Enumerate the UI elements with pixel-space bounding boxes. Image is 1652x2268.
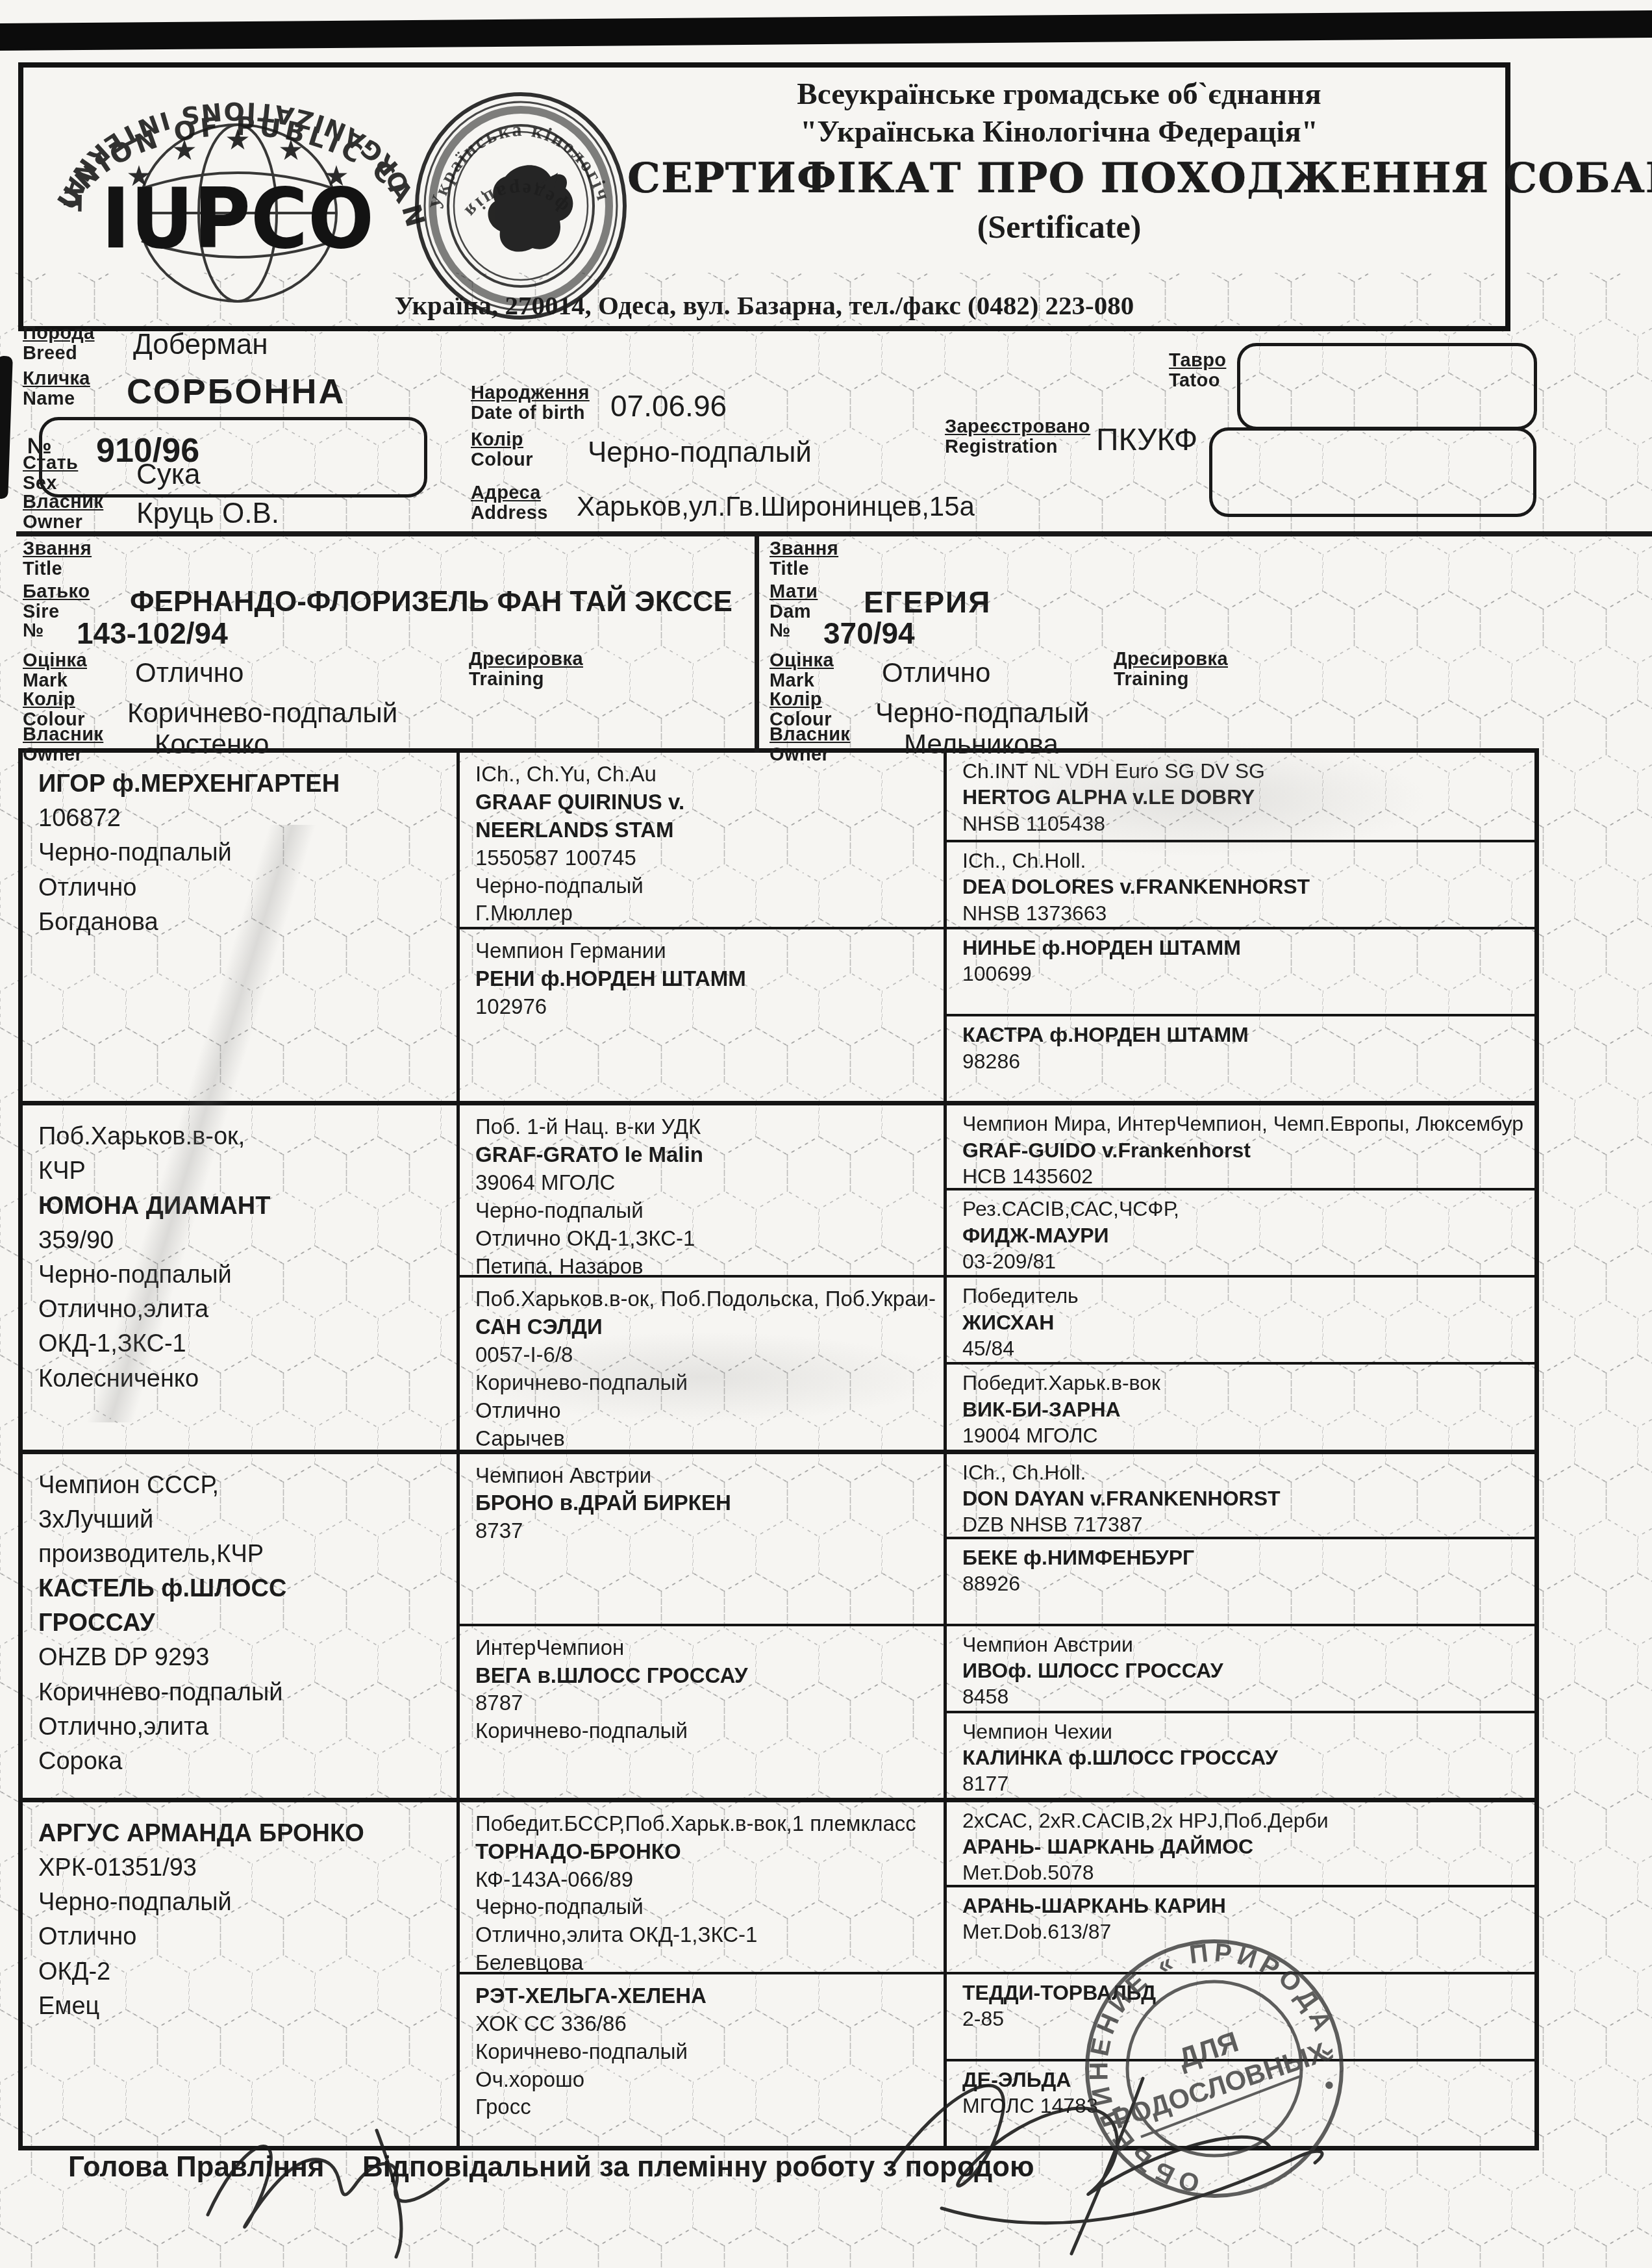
pedigree-certificate-scan: UNION OF PUBLIC CANINA ORGANIZATIONS INT…	[0, 0, 1652, 2268]
pedigree-text-line: 39064 МГОЛС	[475, 1169, 932, 1197]
pedigree-text-line: Поб.Харьков.в-ок, Поб.Подольска, Поб.Укр…	[475, 1285, 932, 1313]
org-name-line2: "Українська Кінологічна Федерація"	[627, 113, 1491, 151]
pedigree-text-line: 100699	[962, 961, 1523, 987]
pedigree-dog-name: ГРОССАУ	[38, 1606, 445, 1641]
pedigree-text-line: ОКД-2	[38, 1955, 445, 1989]
pedigree-dog-name: АРАНЬ-ШАРКАНЬ КАРИН	[962, 1893, 1523, 1919]
pedigree-text-line: Победит.Харьк.в-вок	[962, 1370, 1523, 1396]
dam-name-value: ЕГЕРИЯ	[864, 585, 991, 620]
pedigree-dog-name: NEERLANDS STAM	[475, 816, 932, 844]
sex-label: Стать Sex	[23, 453, 78, 494]
sire-title-label: Звання Title	[23, 539, 92, 579]
pedigree-text-line: Черно-подпалый	[475, 872, 932, 900]
pedigree-dog-name: БЕКЕ ф.НИМФЕНБУРГ	[962, 1544, 1523, 1570]
pedigree-text-line: 102976	[475, 993, 932, 1021]
pedigree-dog-name: ФИДЖ-МАУРИ	[962, 1222, 1523, 1248]
pedigree-text-line: ICh., Ch.Holl.	[962, 1459, 1523, 1485]
pedigree-text-line: 0057-I-6/8	[475, 1341, 932, 1369]
pedigree-text-line: ICh., Ch.Yu, Ch.Au	[475, 761, 932, 788]
pedigree-dog-name: АРАНЬ- ШАРКАНЬ ДАЙМОС	[962, 1833, 1523, 1859]
pedigree-dog-name: САН СЭЛДИ	[475, 1313, 932, 1341]
pedigree-text-line: ХОК СС 336/86	[475, 2010, 932, 2038]
svg-text:★: ★	[225, 123, 250, 157]
svg-text:IUPCO: IUPCO	[101, 171, 374, 268]
pedigree-cell: АРГУС АРМАНДА БРОНКОХРК-01351/93Черно-по…	[23, 1798, 457, 2146]
header-box: UNION OF PUBLIC CANINA ORGANIZATIONS INT…	[18, 62, 1510, 331]
name-label: Кличка Name	[23, 369, 90, 409]
pedigree-cell: ICh., Ch.Holl.DON DAYAN v.FRANKENHORSTDZ…	[944, 1450, 1534, 1537]
breed-label: Порода Breed	[23, 323, 95, 364]
pedigree-dog-name: КАСТРА ф.НОРДЕН ШТАММ	[962, 1022, 1523, 1048]
pedigree-text-line: 1550587 100745	[475, 844, 932, 872]
pedigree-text-line: 8458	[962, 1683, 1523, 1709]
birth-value: 07.06.96	[610, 388, 727, 423]
tatoo-label: Тавро Tatoo	[1169, 351, 1226, 391]
pedigree-text-line: 3хЛучший	[38, 1503, 445, 1537]
pedigree-text-line: Черно-подпалый	[475, 1893, 932, 1921]
pedigree-cell: Чемпион ГерманииРЕНИ ф.НОРДЕН ШТАММ10297…	[457, 927, 944, 1101]
pedigree-text-line: Коричнево-подпалый	[38, 1676, 445, 1710]
owner-label: Власник Owner	[23, 492, 103, 533]
dam-mark-value: Отлично	[882, 657, 990, 688]
pedigree-cell: Победит.БССР,Поб.Харьк.в-вок,1 племкласс…	[457, 1798, 944, 1972]
pedigree-text-line: Черно-подпалый	[38, 1885, 445, 1920]
pedigree-text-line: 88926	[962, 1570, 1523, 1596]
pedigree-dog-name: HERTOG ALPHA v.LE DOBRY	[962, 784, 1523, 810]
header-text-block: Всеукраїнське громадське об`єднання "Укр…	[627, 75, 1491, 247]
pedigree-text-line: Чемпион Мира, ИнтерЧемпион, Чемп.Европы,…	[962, 1111, 1523, 1137]
pedigree-text-line: ICh., Ch.Holl.	[962, 848, 1523, 874]
pedigree-dog-name: GRAF-GUIDO v.Frankenhorst	[962, 1137, 1523, 1163]
dam-mark-label: Оцінка Mark	[770, 651, 834, 691]
breed-value: Доберман	[133, 329, 268, 361]
pedigree-text-line: Коричнево-подпалый	[475, 1369, 932, 1397]
dam-number-value: 370/94	[823, 616, 915, 651]
pedigree-text-line: Отлично	[38, 1920, 445, 1954]
pedigree-text-line: Чемпион СССР,	[38, 1468, 445, 1503]
pedigree-text-line: DZB NHSB 717387	[962, 1511, 1523, 1536]
pedigree-cell: ICh., Ch.Yu, Ch.AuGRAAF QUIRINUS v.NEERL…	[457, 753, 944, 927]
pedigree-cell: БЕКЕ ф.НИМФЕНБУРГ88926	[944, 1537, 1534, 1624]
pedigree-text-line: Ch.INT NL VDH Euro SG DV SG	[962, 758, 1523, 784]
pedigree-text-line: Отлично	[475, 1397, 932, 1425]
pedigree-cell: Чемпион Мира, ИнтерЧемпион, Чемп.Европы,…	[944, 1101, 1534, 1188]
ukf-seal: Українська кінологічна федерація	[408, 86, 634, 321]
pedigree-text-line: 8737	[475, 1517, 932, 1545]
sire-colour-value: Коричнево-подпалый	[127, 698, 397, 729]
colour-value: Черно-подпалый	[588, 436, 812, 469]
pedigree-text-line: Рез.САСІВ,САС,ЧСФР,	[962, 1196, 1523, 1222]
tatoo-box	[1237, 343, 1537, 430]
pedigree-text-line: Богданова	[38, 905, 445, 940]
pedigree-text-line: Отлично,элита	[38, 1710, 445, 1745]
pedigree-dog-name: GRAAF QUIRINUS v.	[475, 788, 932, 816]
owner-value: Круць О.В.	[136, 498, 279, 530]
pedigree-dog-name: БРОНО в.ДРАЙ БИРКЕН	[475, 1489, 932, 1517]
dam-label: Мати Dam	[770, 582, 818, 622]
pedigree-dog-name: DON DAYAN v.FRANKENHORST	[962, 1485, 1523, 1511]
pedigree-text-line: Петипа, Назаров	[475, 1253, 932, 1276]
pedigree-cell: НИНЬЕ ф.НОРДЕН ШТАММ100699	[944, 927, 1534, 1014]
pedigree-cell: Чемпион АвстрииИВОф. ШЛОСС ГРОССАУ8458	[944, 1624, 1534, 1711]
pedigree-text-line: КЧР	[38, 1154, 445, 1189]
sire-number-label: №	[23, 621, 44, 641]
pedigree-dog-name: ИВОф. ШЛОСС ГРОССАУ	[962, 1657, 1523, 1683]
registration-box	[1209, 427, 1536, 517]
sire-owner-label: Власник Owner	[23, 725, 103, 765]
pedigree-dog-name: ИГОР ф.МЕРХЕНГАРТЕН	[38, 767, 445, 801]
address-label: Адреса Address	[471, 483, 548, 523]
pedigree-text-line: Чемпион Чехии	[962, 1719, 1523, 1745]
pedigree-text-line: 98286	[962, 1048, 1523, 1074]
pedigree-text-line: 359/90	[38, 1224, 445, 1258]
pedigree-cell: Чемпион ЧехииКАЛИНКА ф.ШЛОСС ГРОССАУ8177	[944, 1711, 1534, 1798]
pedigree-dog-name: ЮМОНА ДИАМАНТ	[38, 1189, 445, 1224]
pedigree-text-line: Черно-подпалый	[38, 1258, 445, 1292]
pedigree-text-line: Отлично,элита ОКД-1,ЗКС-1	[475, 1921, 932, 1949]
pedigree-text-line: ХРК-01351/93	[38, 1851, 445, 1885]
birth-label: Народження Date of birth	[471, 383, 590, 423]
pedigree-text-line: НСВ 1435602	[962, 1163, 1523, 1188]
dam-number-label: №	[770, 621, 791, 641]
pedigree-text-line: КФ-143А-066/89	[475, 1866, 932, 1894]
dam-title-label: Звання Title	[770, 539, 838, 579]
org-name-line1: Всеукраїнське громадське об`єднання	[627, 75, 1491, 113]
pedigree-text-line: NHSB 1373663	[962, 900, 1523, 926]
pedigree-cell: КАСТРА ф.НОРДЕН ШТАММ98286	[944, 1014, 1534, 1101]
iupco-seal: UNION OF PUBLIC CANINA ORGANIZATIONS INT…	[43, 95, 432, 319]
round-stamp: ОБЪЕДИНЕНИЕ « ПРИРОДА » • ДЛЯ РОДОСЛОВНЫ…	[1071, 1926, 1357, 2224]
pedigree-text-line: Отлично ОКД-1,ЗКС-1	[475, 1225, 932, 1253]
pedigree-dog-name: КАЛИНКА ф.ШЛОСС ГРОССАУ	[962, 1745, 1523, 1770]
pedigree-text-line: OHZB DP 9293	[38, 1641, 445, 1675]
pedigree-cell: Рез.САСІВ,САС,ЧСФР,ФИДЖ-МАУРИ03-209/81	[944, 1188, 1534, 1275]
pedigree-text-line: ИнтерЧемпион	[475, 1634, 932, 1662]
pedigree-text-line: Поб. 1-й Нац. в-ки УДК	[475, 1113, 932, 1141]
dam-training-label: Дресировка Training	[1114, 649, 1228, 690]
pedigree-text-line: NHSB 1105438	[962, 811, 1523, 837]
pedigree-dog-name: НИНЬЕ ф.НОРДЕН ШТАММ	[962, 935, 1523, 961]
pedigree-cell: Поб.Харьков.в-ок, Поб.Подольска, Поб.Укр…	[457, 1275, 944, 1449]
pedigree-text-line: ОКД-1,ЗКС-1	[38, 1327, 445, 1361]
pedigree-dog-name: GRAF-GRATO le Malin	[475, 1141, 932, 1169]
pedigree-cell: Победит.Харьк.в-вокВИК-БИ-ЗАРНА19004 МГО…	[944, 1362, 1534, 1449]
pedigree-cell: ИнтерЧемпионВЕГА в.ШЛОСС ГРОССАУ8787Кори…	[457, 1624, 944, 1798]
pedigree-text-line: Победитель	[962, 1283, 1523, 1309]
sire-mark-label: Оцінка Mark	[23, 651, 87, 691]
svg-text:★: ★	[171, 134, 197, 167]
pedigree-text-line: Мет.Dob.5078	[962, 1859, 1523, 1884]
sire-training-label: Дресировка Training	[469, 649, 583, 690]
pedigree-cell: Ch.INT NL VDH Euro SG DV SGHERTOG ALPHA …	[944, 753, 1534, 840]
pedigree-cell: ИГОР ф.МЕРХЕНГАРТЕН106872Черно-подпалыйО…	[23, 753, 457, 1101]
pedigree-text-line: Поб.Харьков.в-ок,	[38, 1120, 445, 1154]
pedigree-text-line: Чемпион Германии	[475, 937, 932, 965]
pedigree-text-line: Колесниченко	[38, 1362, 445, 1396]
signature-chairman	[182, 2104, 519, 2267]
colour-label: Колір Colour	[471, 430, 533, 470]
pedigree-text-line: 8787	[475, 1689, 932, 1717]
sire-number-value: 143-102/94	[77, 616, 228, 651]
pedigree-text-line: Сарычев	[475, 1425, 932, 1450]
pedigree-cell: 2хСАС, 2хR.CACIB,2х HPJ,Поб.ДербиАРАНЬ- …	[944, 1798, 1534, 1885]
sire-mark-value: Отлично	[135, 657, 244, 688]
pedigree-text-line: Емец	[38, 1989, 445, 2024]
pedigree-text-line: Г.Мюллер	[475, 900, 932, 927]
dog-name-value: СОРБОННА	[127, 372, 345, 412]
pedigree-text-line: Отлично,элита	[38, 1292, 445, 1327]
pedigree-text-line: Белевцова	[475, 1949, 932, 1972]
pedigree-cell: ПобедительЖИСХАН45/84	[944, 1275, 1534, 1362]
pedigree-text-line: Сорока	[38, 1745, 445, 1779]
registration-value: ПКУКФ	[1096, 422, 1197, 458]
certificate-title: СЕРТИФІКАТ ПРО ПОХОДЖЕННЯ СОБАКИ	[627, 151, 1491, 207]
svg-text:★: ★	[278, 134, 303, 167]
sex-value: Сука	[136, 459, 200, 491]
pedigree-text-line: 19004 МГОЛС	[962, 1422, 1523, 1448]
pedigree-dog-name: DEA DOLORES v.FRANKENHORST	[962, 874, 1523, 900]
pedigree-dog-name: ЖИСХАН	[962, 1309, 1523, 1335]
pedigree-text-line: Чемпион Австрии	[475, 1462, 932, 1490]
registration-label: Зареєстровано Registration	[945, 417, 1090, 457]
pedigree-dog-name: КАСТЕЛЬ ф.ШЛОСС	[38, 1572, 445, 1606]
org-address-line: Україна, 270014, Одеса, вул. Базарна, те…	[23, 290, 1505, 321]
pedigree-text-line: 106872	[38, 801, 445, 836]
pedigree-text-line: 03-209/81	[962, 1248, 1523, 1274]
pedigree-dog-name: РЭТ-ХЕЛЬГА-ХЕЛЕНА	[475, 1982, 932, 2010]
pedigree-text-line: 45/84	[962, 1335, 1523, 1361]
pedigree-cell: Чемпион АвстрииБРОНО в.ДРАЙ БИРКЕН8737	[457, 1450, 944, 1624]
pedigree-text-line: Отлично	[38, 871, 445, 905]
pedigree-text-line: Черно-подпалый	[38, 836, 445, 870]
pedigree-text-line: Чемпион Австрии	[962, 1632, 1523, 1657]
separator-line	[16, 531, 1652, 536]
address-value: Харьков,ул.Гв.Широнинцев,15а	[577, 491, 975, 522]
dam-owner-value: Мельникова	[904, 729, 1058, 760]
pedigree-text-line: Черно-подпалый	[475, 1197, 932, 1225]
pedigree-cell: Чемпион СССР,3хЛучшийпроизводитель,КЧРКА…	[23, 1450, 457, 1798]
dam-colour-value: Черно-подпалый	[875, 698, 1089, 729]
pedigree-cell: Поб. 1-й Нац. в-ки УДКGRAF-GRATO le Mali…	[457, 1101, 944, 1275]
certificate-subtitle: (Sertificate)	[627, 207, 1491, 247]
pedigree-dog-name: РЕНИ ф.НОРДЕН ШТАММ	[475, 965, 932, 993]
pedigree-text-line: производитель,КЧР	[38, 1537, 445, 1572]
sire-owner-value: Костенко	[155, 729, 269, 760]
sire-name-value: ФЕРНАНДО-ФЛОРИЗЕЛЬ ФАН ТАЙ ЭКССЕ	[130, 586, 732, 618]
pedigree-text-line: Коричнево-подпалый	[475, 1717, 932, 1745]
pedigree-cell: ICh., Ch.Holl.DEA DOLORES v.FRANKENHORST…	[944, 840, 1534, 927]
pedigree-dog-name: АРГУС АРМАНДА БРОНКО	[38, 1817, 445, 1851]
pedigree-text-line: 8177	[962, 1770, 1523, 1796]
pedigree-text-line: Победит.БССР,Поб.Харьк.в-вок,1 племкласс	[475, 1810, 932, 1838]
pedigree-dog-name: ВИК-БИ-ЗАРНА	[962, 1396, 1523, 1422]
pedigree-dog-name: ТОРНАДО-БРОНКО	[475, 1838, 932, 1866]
sire-dam-divider	[755, 531, 759, 753]
pedigree-dog-name: ВЕГА в.ШЛОСС ГРОССАУ	[475, 1662, 932, 1690]
pedigree-cell: Поб.Харьков.в-ок,КЧРЮМОНА ДИАМАНТ359/90Ч…	[23, 1101, 457, 1449]
pedigree-text-line: 2хСАС, 2хR.CACIB,2х HPJ,Поб.Дерби	[962, 1808, 1523, 1833]
dam-owner-label: Власник Owner	[770, 725, 850, 765]
